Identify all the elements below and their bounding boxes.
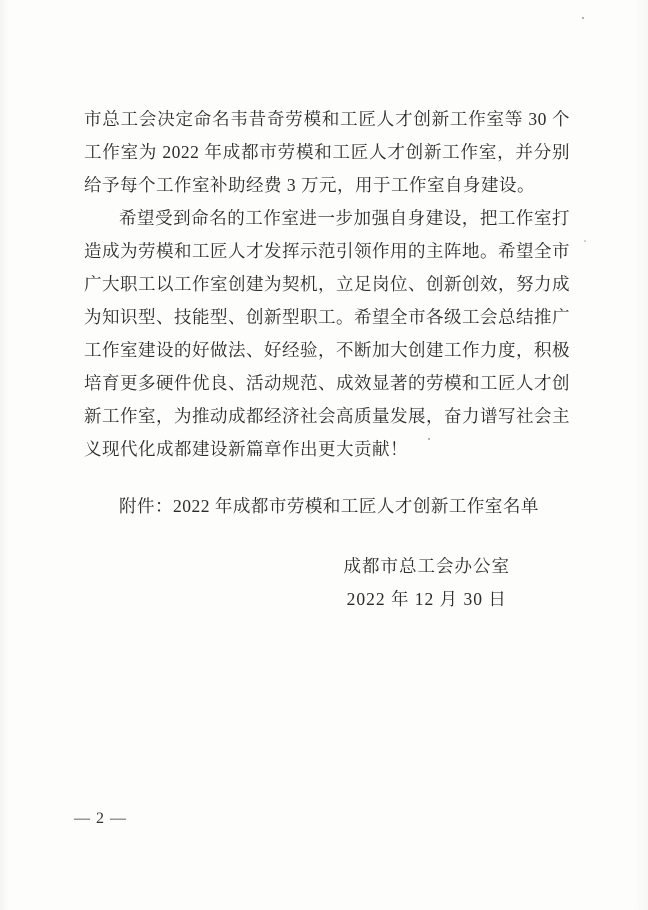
signature-office: 成都市总工会办公室 [344, 550, 511, 583]
scan-speck [582, 17, 584, 19]
document-page: 市总工会决定命名韦昔奇劳模和工匠人才创新工作室等 30 个工作室为 2022 年… [0, 0, 648, 910]
body-paragraph-2: 希望受到命名的工作室进一步加强自身建设，把工作室打造成为劳模和工匠人才发挥示范引… [84, 202, 570, 466]
document-body: 市总工会决定命名韦昔奇劳模和工匠人才创新工作室等 30 个工作室为 2022 年… [84, 103, 570, 616]
signature-block: 成都市总工会办公室 2022 年 12 月 30 日 [344, 550, 511, 616]
attachment-line: 附件：2022 年成都市劳模和工匠人才创新工作室名单 [84, 490, 570, 523]
scan-speck [428, 438, 430, 440]
page-number: — 2 — [74, 810, 127, 828]
scan-speck [584, 240, 586, 242]
signature-date: 2022 年 12 月 30 日 [344, 583, 511, 616]
body-paragraph-1: 市总工会决定命名韦昔奇劳模和工匠人才创新工作室等 30 个工作室为 2022 年… [84, 103, 570, 202]
